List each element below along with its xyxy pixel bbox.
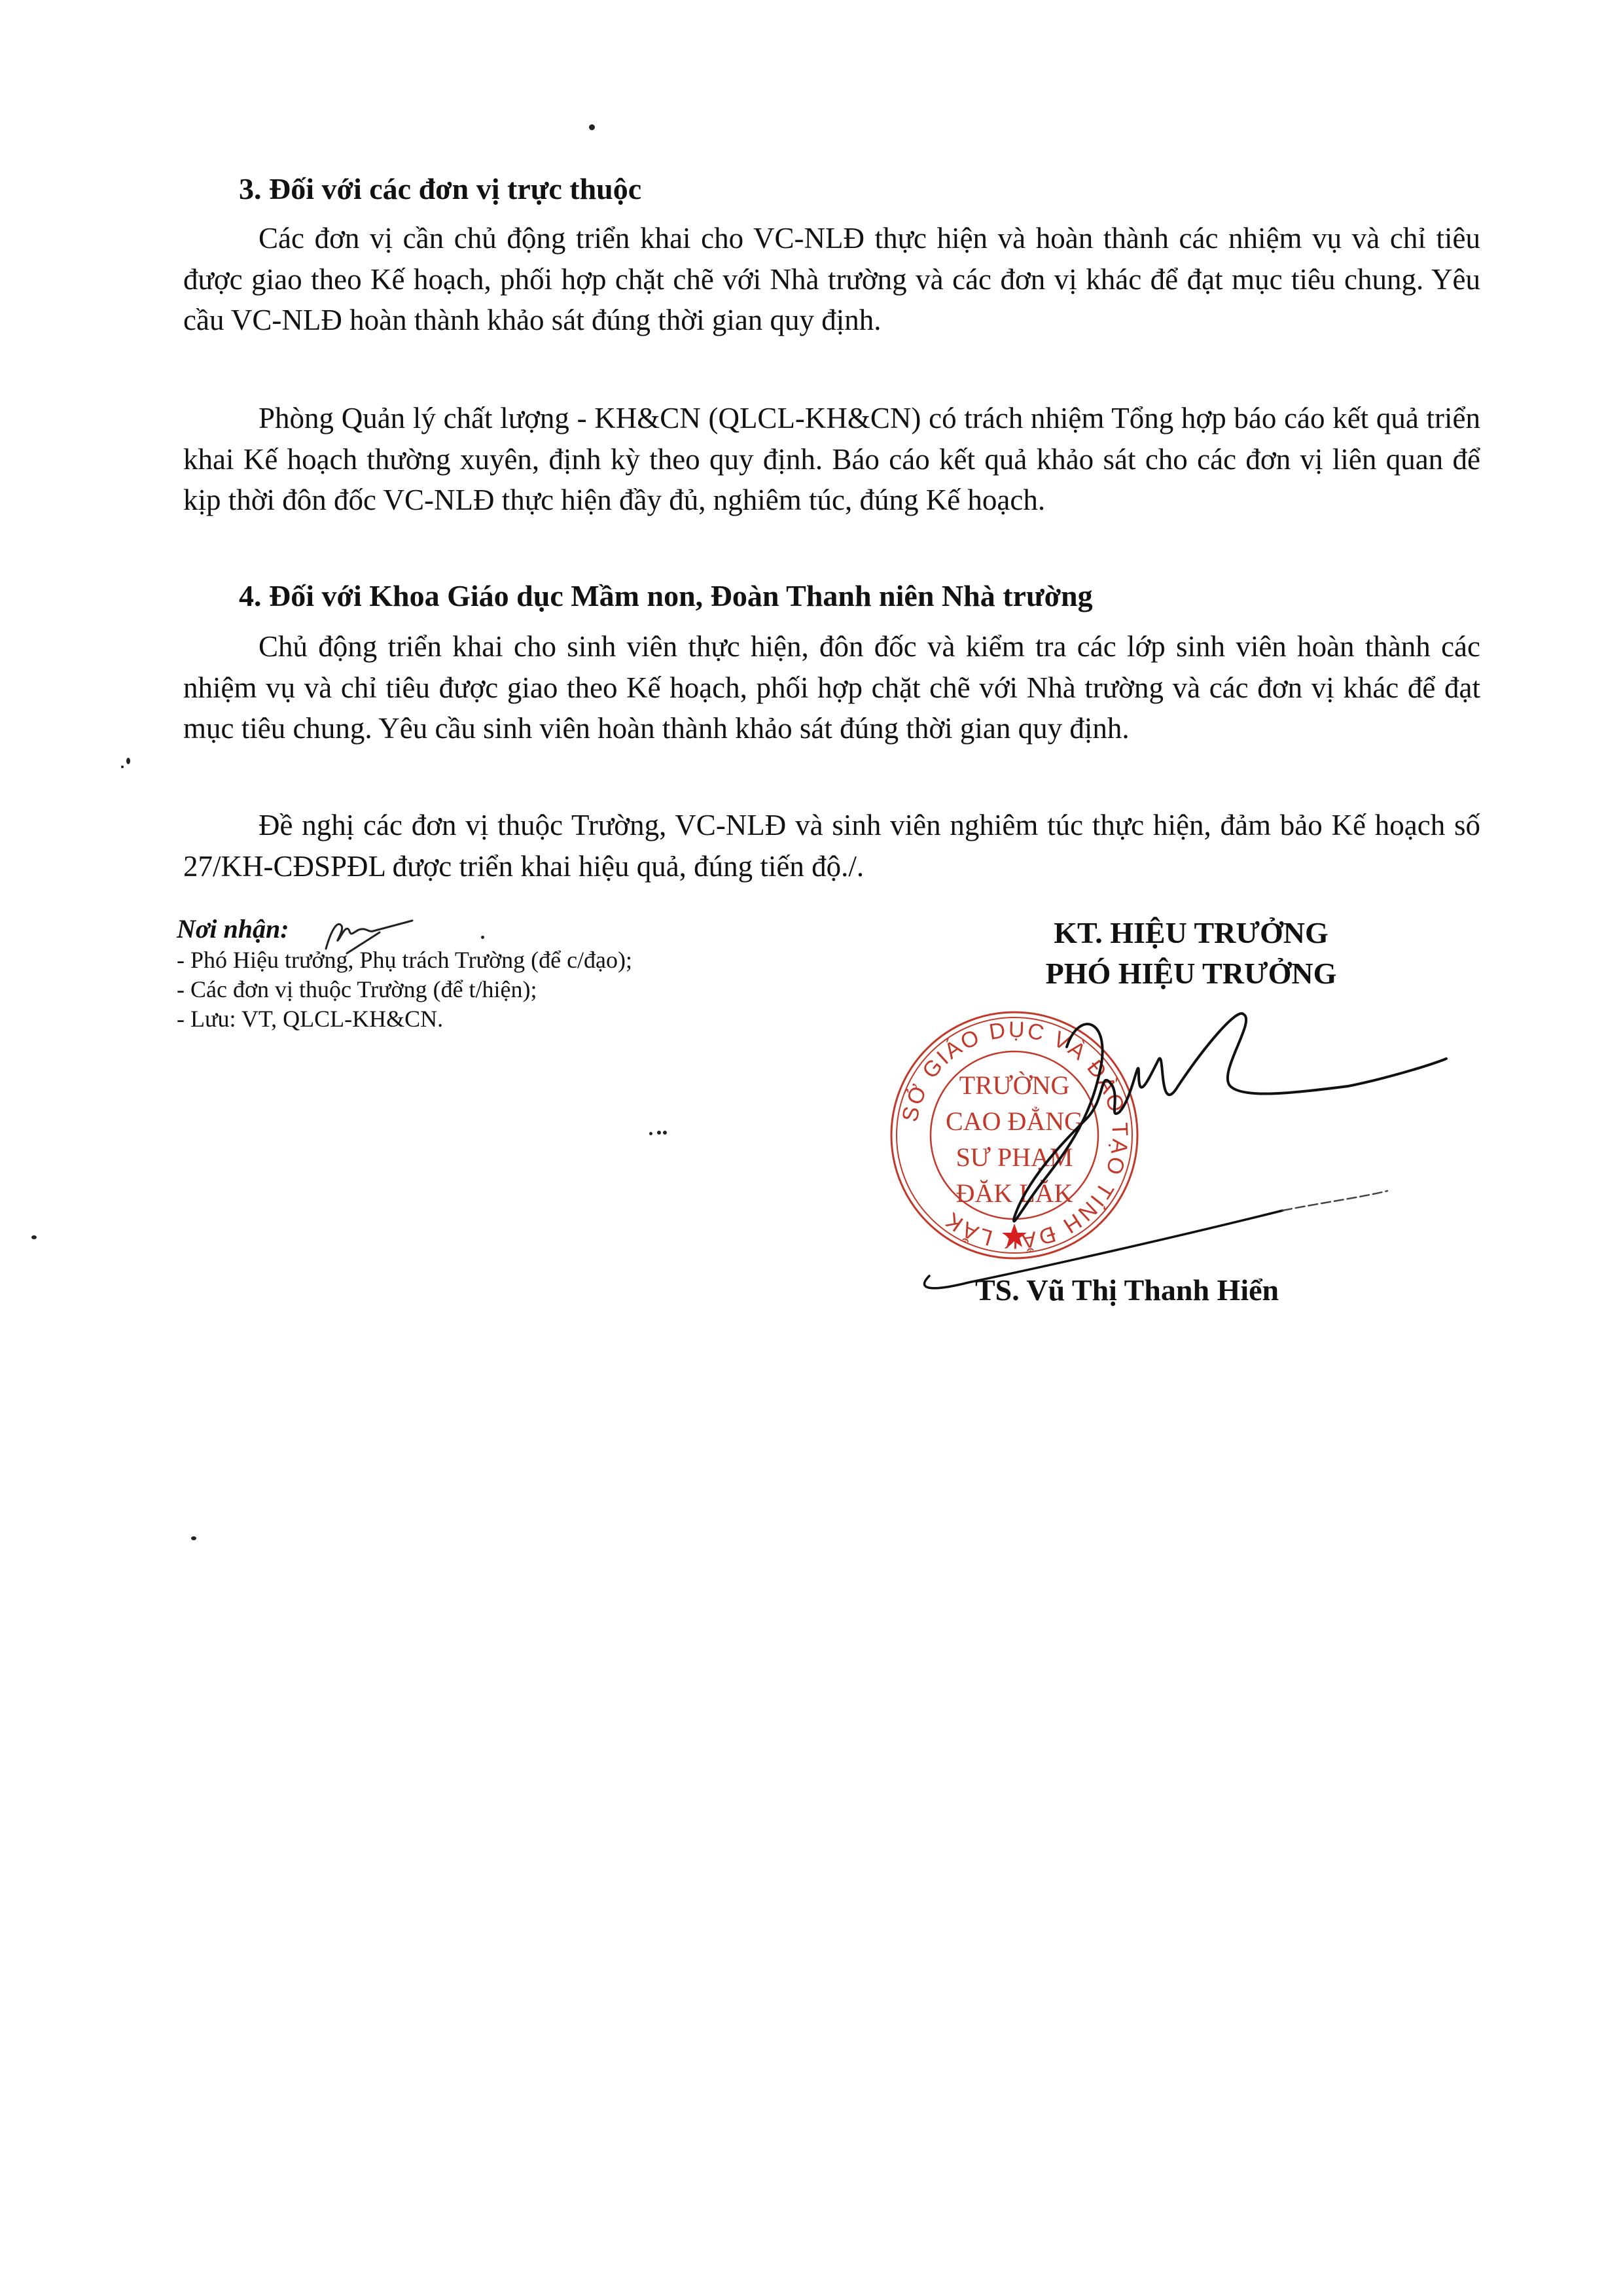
scan-speck — [649, 1132, 652, 1135]
handwritten-signature-icon — [851, 903, 1505, 1296]
scan-speck — [121, 766, 124, 768]
scan-speck — [191, 1536, 196, 1540]
scan-speck — [126, 758, 130, 764]
section-3-paragraph-2: Phòng Quản lý chất lượng - KH&CN (QLCL-K… — [183, 398, 1480, 521]
section-3-heading: 3. Đối với các đơn vị trực thuộc — [239, 169, 641, 209]
signer-name: TS. Vũ Thị Thanh Hiển — [975, 1271, 1279, 1310]
scan-speck — [589, 124, 595, 130]
scan-speck — [657, 1131, 661, 1135]
section-3-paragraph-1: Các đơn vị cần chủ động triển khai cho V… — [183, 218, 1480, 341]
recipient-item: - Lưu: VT, QLCL-KH&CN. — [177, 1004, 632, 1034]
scan-speck — [663, 1131, 667, 1135]
scan-speck — [481, 936, 484, 939]
section-4-paragraph-1: Chủ động triển khai cho sinh viên thực h… — [183, 626, 1480, 749]
section-4-heading: 4. Đối với Khoa Giáo dục Mầm non, Đoàn T… — [239, 576, 1093, 616]
initials-signature-icon — [321, 913, 419, 959]
scan-speck — [31, 1235, 37, 1239]
closing-paragraph: Đề nghị các đơn vị thuộc Trường, VC-NLĐ … — [183, 805, 1480, 887]
document-page: 3. Đối với các đơn vị trực thuộc Các đơn… — [0, 0, 1623, 2296]
recipient-item: - Các đơn vị thuộc Trường (để t/hiện); — [177, 975, 632, 1004]
